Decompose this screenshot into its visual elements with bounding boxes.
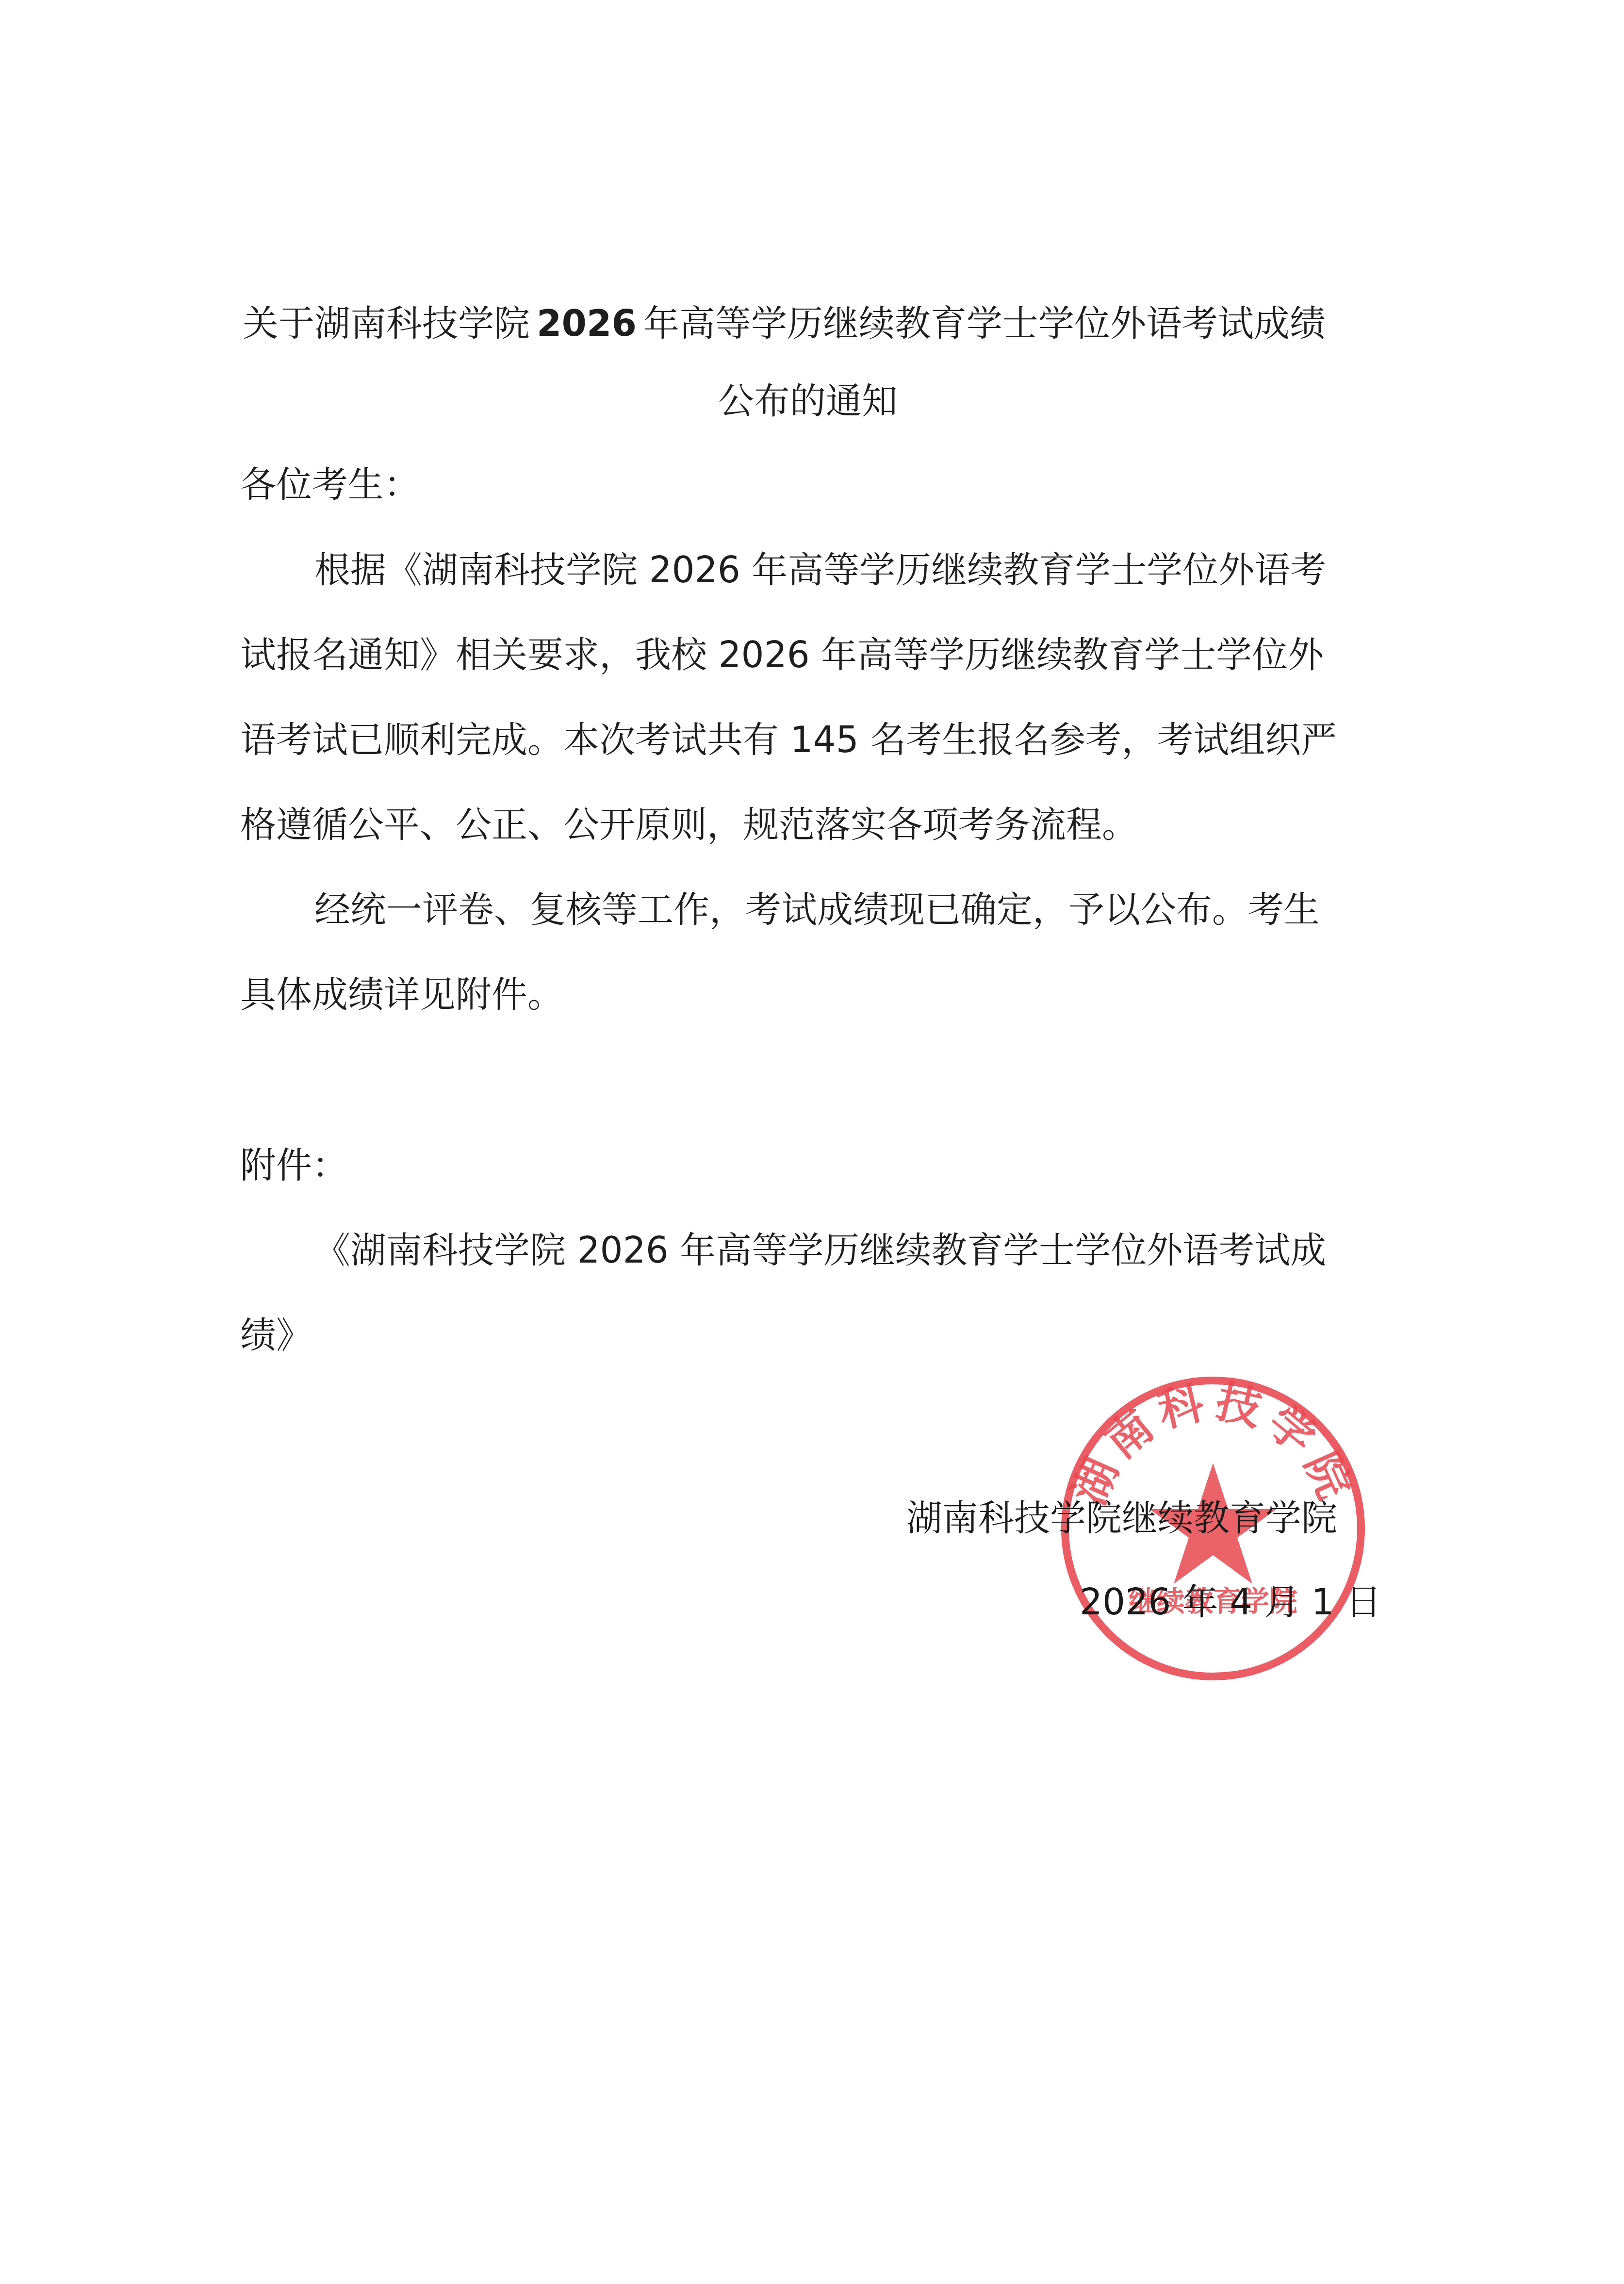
salutation: 各位考生： <box>240 467 420 503</box>
signature-date: 2026 年 4 月 1 日 <box>1080 1574 1381 1625</box>
paragraph-1-line-3: 语考试已顺利完成。本次考试共有 145 名考生报名参考，考试组织严 <box>240 722 1337 758</box>
paragraph-1-line-1: 根据《湖南科技学院 2026 年高等学历继续教育学士学位外语考 <box>314 552 1326 588</box>
document-title-line-2: 公布的通知 <box>718 383 898 419</box>
document-title-line-1: 关于湖南科技学院2026年高等学历继续教育学士学位外语考试成绩 <box>243 306 1326 342</box>
attachment-title-line-1: 《湖南科技学院 2026 年高等学历继续教育学士学位外语考试成 <box>314 1232 1326 1268</box>
paragraph-2-line-2: 具体成绩详见附件。 <box>240 977 563 1013</box>
paragraph-1-line-2: 试报名通知》相关要求，我校 2026 年高等学历继续教育学士学位外 <box>240 637 1324 673</box>
attachment-label: 附件： <box>240 1148 348 1183</box>
title-prefix: 关于湖南科技学院 <box>243 303 530 345</box>
attachment-title-line-2: 绩》 <box>240 1317 312 1353</box>
paragraph-2-line-1: 经统一评卷、复核等工作，考试成绩现已确定，予以公布。考生 <box>314 892 1320 928</box>
title-suffix: 年高等学历继续教育学士学位外语考试成绩 <box>643 303 1326 345</box>
paragraph-1-line-4: 格遵循公平、公正、公开原则，规范落实各项考务流程。 <box>240 807 1138 843</box>
title-year: 2026 <box>537 303 637 345</box>
signature-organization: 湖南科技学院继续教育学院 <box>906 1490 1337 1541</box>
